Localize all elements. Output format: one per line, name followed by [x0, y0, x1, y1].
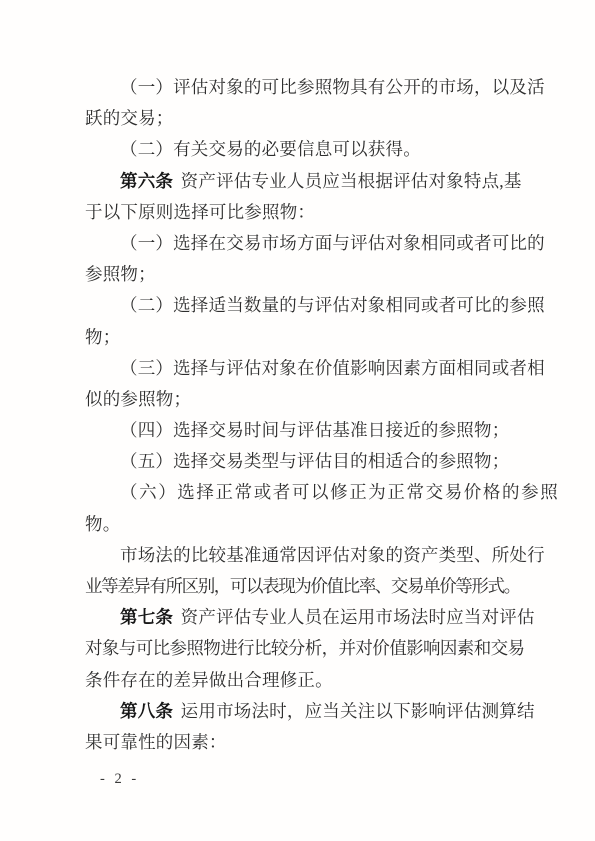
text-line: 第七条 资产评估专业人员在运用市场法时应当对评估 [85, 602, 513, 633]
text-line: （六）选择正常或者可以修正为正常交易价格的参照 [85, 477, 513, 508]
text-line: 对象与可比参照物进行比较分析，并对价值影响因素和交易 [85, 633, 513, 664]
document-body: （一）评估对象的可比参照物具有公开的市场，以及活跃的交易；（二）有关交易的必要信… [85, 72, 513, 758]
text-run: 运用市场法时，应当关注以下影响评估测算结 [176, 701, 535, 721]
text-run: （二）有关交易的必要信息可以获得。 [120, 139, 421, 159]
text-line: （一）选择在交易市场方面与评估对象相同或者可比的 [85, 228, 513, 259]
text-run: 于以下原则选择可比参照物： [85, 202, 315, 222]
text-line: 跃的交易； [85, 103, 513, 134]
text-run: 资产评估专业人员应当根据评估对象特点,基 [176, 171, 521, 191]
text-line: 市场法的比较基准通常因评估对象的资产类型、所处行 [85, 540, 513, 571]
text-run: （四）选择交易时间与评估基准日接近的参照物； [120, 420, 509, 440]
article-number: 第八条 [120, 701, 173, 721]
text-run: 物； [85, 327, 120, 347]
text-line: 似的参照物； [85, 384, 513, 415]
article-number: 第七条 [120, 607, 173, 627]
text-run: 业等差异有所区别，可以表现为价值比率、交易单价等形式。 [85, 576, 520, 596]
text-run: （五）选择交易类型与评估目的相适合的参照物； [120, 451, 509, 471]
text-line: 业等差异有所区别，可以表现为价值比率、交易单价等形式。 [85, 571, 513, 602]
text-run: （六）选择正常或者可以修正为正常交易价格的参照 [120, 482, 559, 502]
text-run: 果可靠性的因素： [85, 732, 227, 752]
text-run: 物。 [85, 514, 120, 534]
page-number: - 2 - [100, 771, 139, 788]
text-run: （三）选择与评估对象在价值影响因素方面相同或者相 [120, 358, 545, 378]
article-number: 第六条 [120, 171, 173, 191]
text-run: 参照物； [85, 264, 156, 284]
text-line: （一）评估对象的可比参照物具有公开的市场，以及活 [85, 72, 513, 103]
text-run: 市场法的比较基准通常因评估对象的资产类型、所处行 [120, 545, 545, 565]
text-run: 资产评估专业人员在运用市场法时应当对评估 [176, 607, 535, 627]
text-line: 第八条 运用市场法时，应当关注以下影响评估测算结 [85, 696, 513, 727]
text-line: （五）选择交易类型与评估目的相适合的参照物； [85, 446, 513, 477]
text-line: 物。 [85, 509, 513, 540]
text-run: 条件存在的差异做出合理修正。 [85, 670, 333, 690]
text-run: （一）选择在交易市场方面与评估对象相同或者可比的 [120, 233, 545, 253]
text-run: 对象与可比参照物进行比较分析，并对价值影响因素和交易 [85, 638, 524, 658]
text-run: 跃的交易； [85, 108, 174, 128]
text-line: （二）有关交易的必要信息可以获得。 [85, 134, 513, 165]
text-line: 于以下原则选择可比参照物： [85, 197, 513, 228]
text-run: （一）评估对象的可比参照物具有公开的市场，以及活 [120, 77, 545, 97]
text-run: （二）选择适当数量的与评估对象相同或者可比的参照 [120, 295, 545, 315]
text-line: （四）选择交易时间与评估基准日接近的参照物； [85, 415, 513, 446]
text-run: 似的参照物； [85, 389, 191, 409]
text-line: （三）选择与评估对象在价值影响因素方面相同或者相 [85, 353, 513, 384]
text-line: 果可靠性的因素： [85, 727, 513, 758]
text-line: 条件存在的差异做出合理修正。 [85, 665, 513, 696]
text-line: 参照物； [85, 259, 513, 290]
text-line: 第六条 资产评估专业人员应当根据评估对象特点,基 [85, 166, 513, 197]
page: （一）评估对象的可比参照物具有公开的市场，以及活跃的交易；（二）有关交易的必要信… [0, 0, 595, 841]
text-line: （二）选择适当数量的与评估对象相同或者可比的参照 [85, 290, 513, 321]
text-line: 物； [85, 322, 513, 353]
